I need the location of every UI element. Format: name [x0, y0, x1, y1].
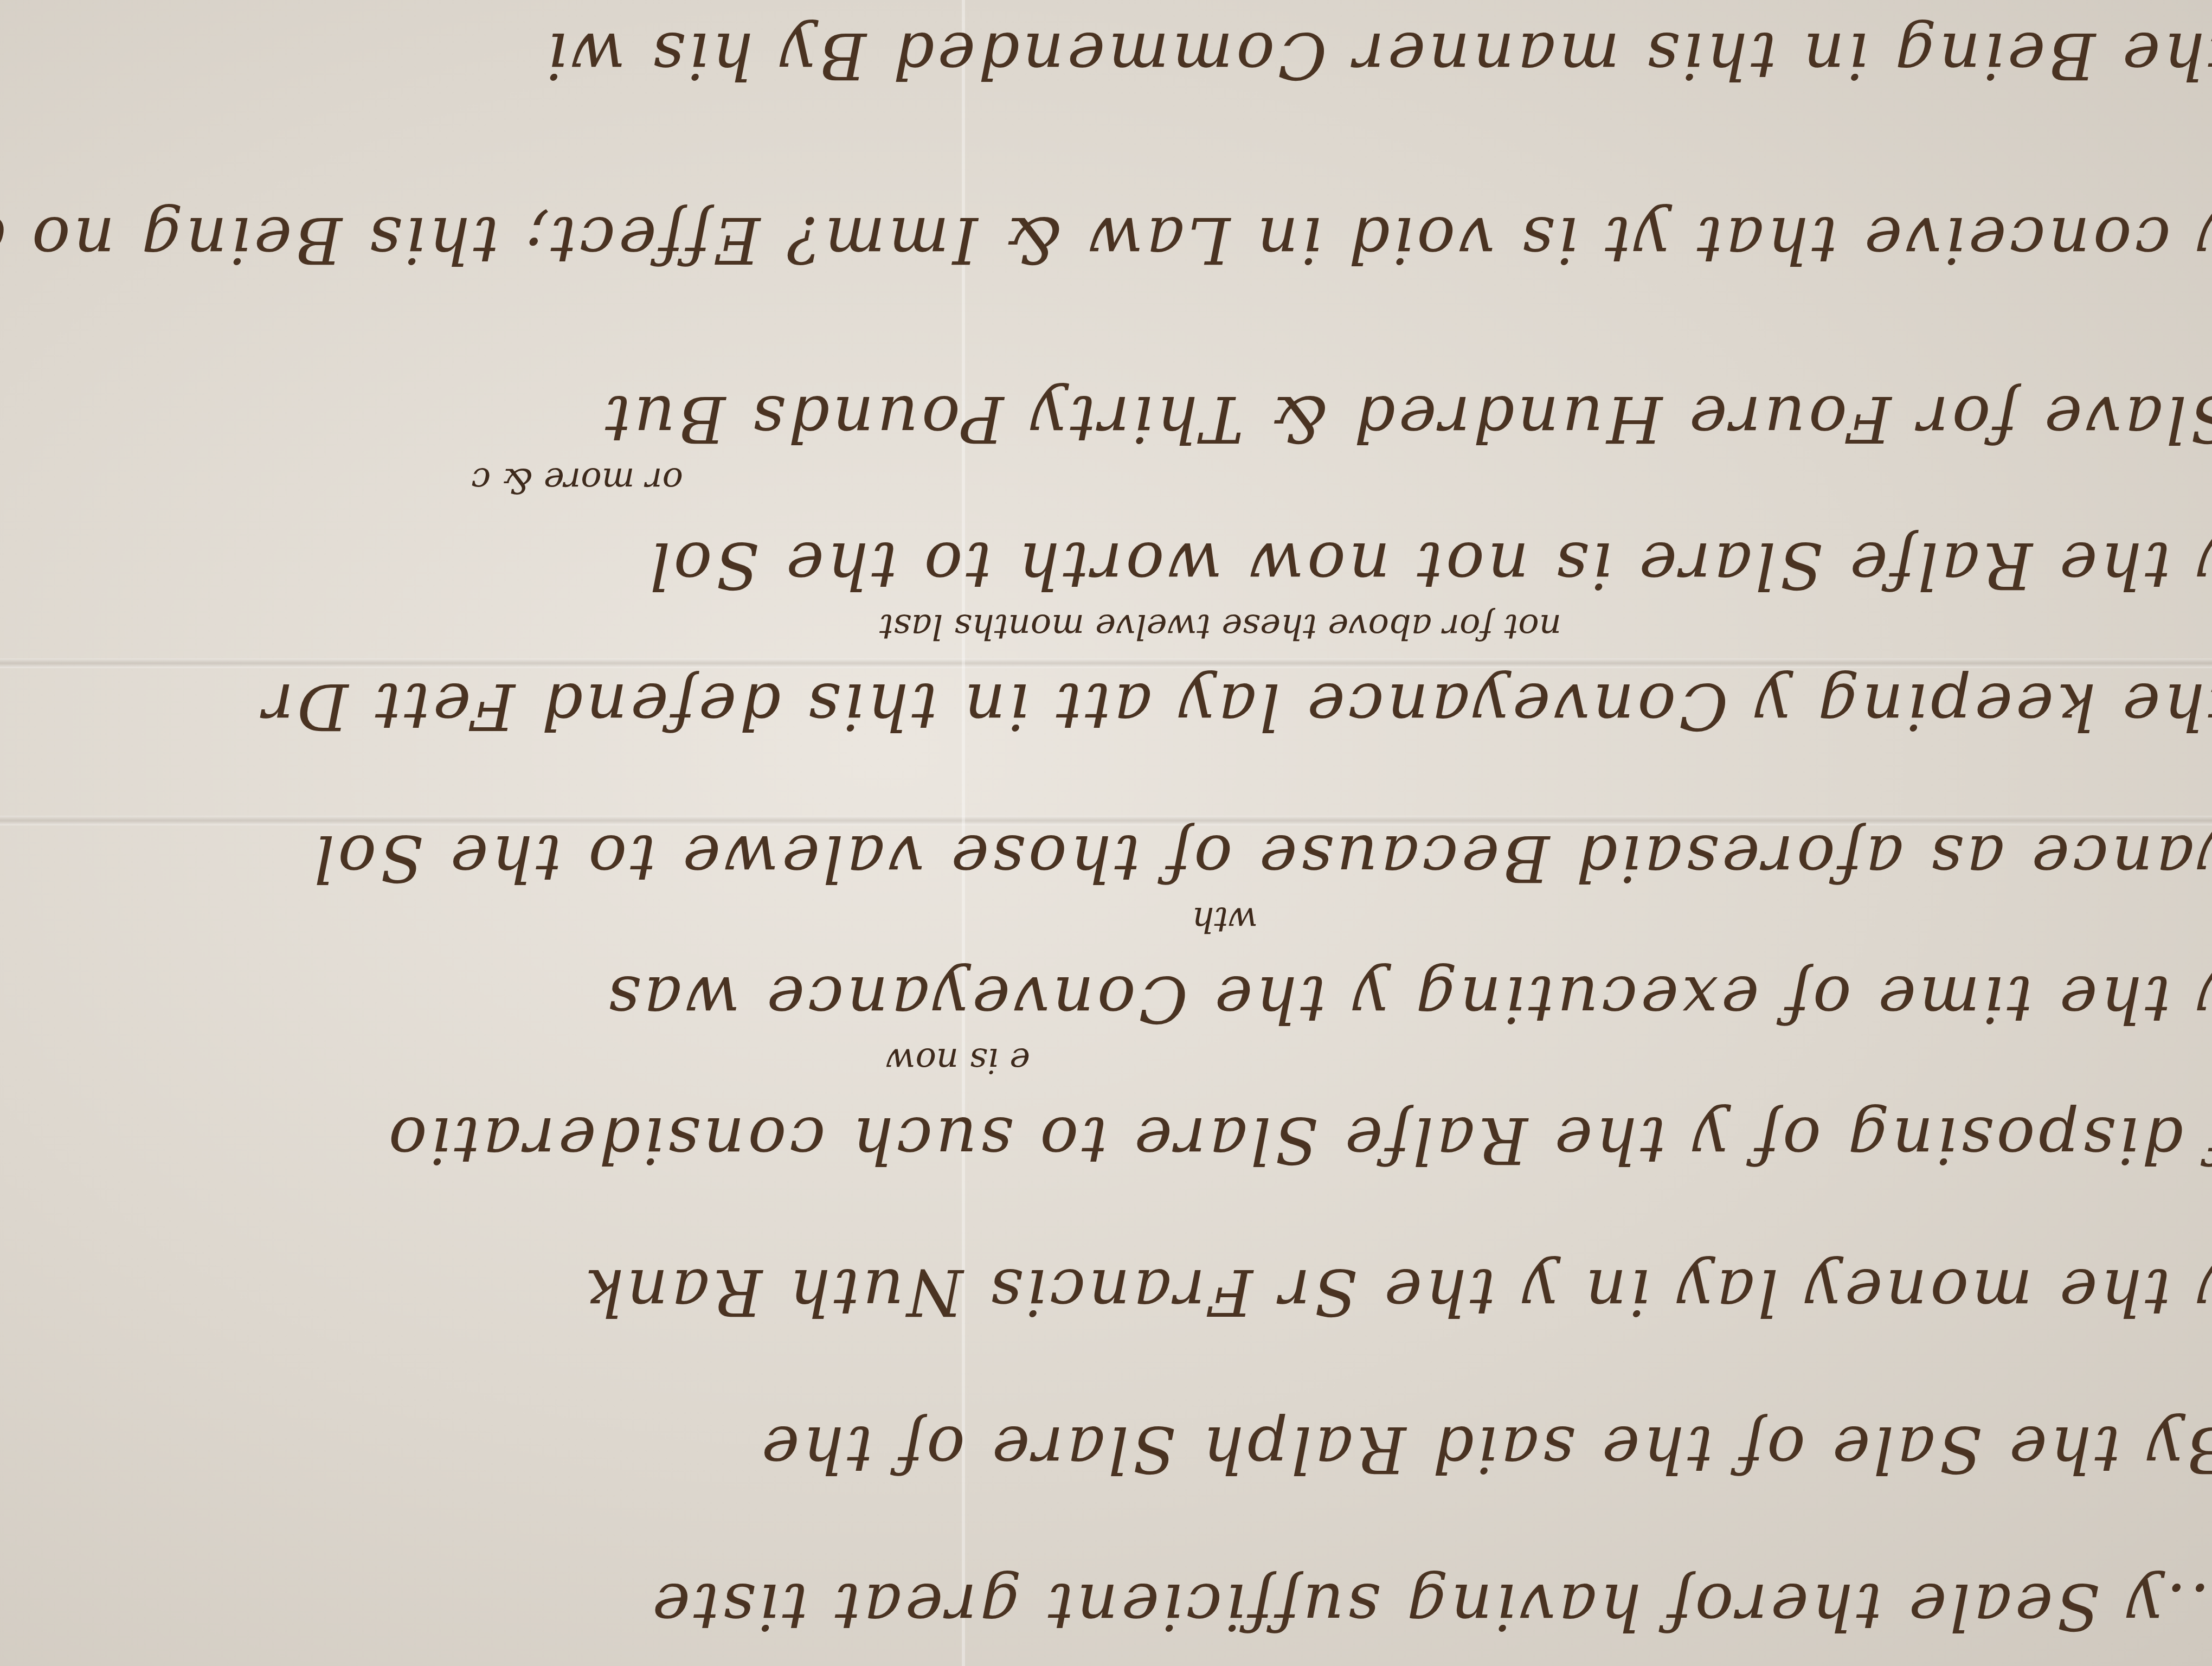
manuscript-line: the keeping y Conveyance lay att in this…	[260, 669, 2212, 744]
manuscript-line: f disposing of y the Ralfe Slare to such…	[385, 1103, 2212, 1178]
manuscript-page: ...y Seale therof having sufficient grea…	[0, 0, 2212, 1666]
manuscript-line: the Being in this manner Commended By hi…	[544, 18, 2212, 93]
manuscript-line: By the Sale of the said Ralph Slare of t…	[758, 1412, 2212, 1487]
paper-fold	[0, 658, 2212, 668]
manuscript-line: ...y Seale therof having sufficient grea…	[649, 1569, 2212, 1644]
manuscript-line: y the money lay in y the Sr Francis Nuth…	[582, 1255, 2212, 1330]
manuscript-line: y the time of executing y the Conveyance…	[605, 962, 2212, 1037]
manuscript-line: yance as aforesaid Because of those vale…	[311, 821, 2212, 896]
interlinear-insertion: or more & c	[471, 460, 683, 500]
manuscript-line: Slave for Foure Hundred & Thirty Pounds …	[602, 382, 2212, 457]
manuscript-line: y the Ralfe Slare is not now worth to th…	[647, 528, 2212, 603]
interlinear-insertion: wth	[1192, 899, 1258, 939]
manuscript-line: y conceive that yt is void in Law & Imm?…	[0, 203, 2212, 278]
interlinear-insertion: not for above these twelve months last	[879, 606, 1561, 646]
interlinear-insertion: e is now	[886, 1040, 1030, 1080]
